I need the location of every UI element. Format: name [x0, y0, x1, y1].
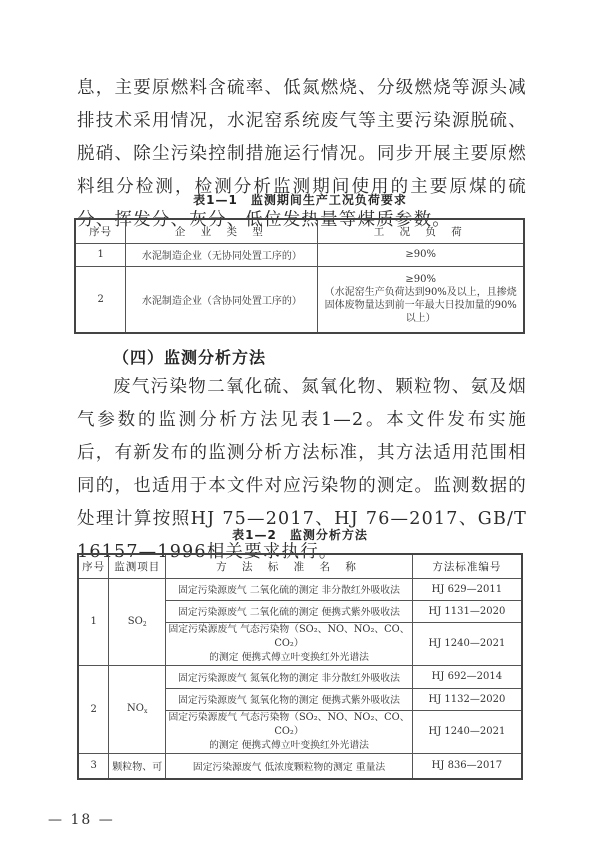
cell-method-name: 固定污染源废气 二氧化硫的测定 非分散红外吸收法	[166, 578, 413, 600]
cell-method-name: 固定污染源废气 低浓度颗粒物的测定 重量法	[166, 753, 413, 779]
header-load: 工 况 负 荷	[318, 219, 524, 243]
cell-no: 1	[78, 578, 109, 665]
cell-load: ≥90% （水泥窑生产负荷达到90%及以上，且掺烧固体废物量达到前一年最大日投加…	[318, 266, 524, 333]
header-no: 序号	[78, 554, 109, 578]
cell-type: 水泥制造企业（无协同处置工序的）	[126, 243, 318, 266]
cell-item: NOx	[109, 665, 166, 753]
header-method-code: 方法标准编号	[412, 554, 522, 578]
cell-method-name: 固定污染源废气 氮氧化物的测定 便携式紫外吸收法	[166, 688, 413, 710]
cell-no: 2	[75, 266, 126, 333]
cell-load: ≥90%	[318, 243, 524, 266]
cell-method-code: HJ 1131—2020	[412, 600, 522, 622]
table-header-row: 序号 企 业 类 型 工 况 负 荷	[75, 219, 524, 243]
table-1-1-load-requirements: 序号 企 业 类 型 工 况 负 荷 1 水泥制造企业（无协同处置工序的） ≥9…	[74, 218, 525, 334]
table-1-1-caption: 表1—1 监测期间生产工况负荷要求	[0, 191, 600, 208]
cell-method-code: HJ 629—2011	[412, 578, 522, 600]
cell-method-code: HJ 1240—2021	[412, 622, 522, 665]
cell-no: 2	[78, 665, 109, 753]
table-row: 1 水泥制造企业（无协同处置工序的） ≥90%	[75, 243, 524, 266]
page-number: — 18 —	[48, 812, 115, 828]
cell-method-name: 固定污染源废气 气态污染物（SO₂、NO、NO₂、CO、CO₂） 的测定 便携式…	[166, 622, 413, 665]
header-no: 序号	[75, 219, 126, 243]
cell-method-code: HJ 692—2014	[412, 665, 522, 688]
table-row: 3 颗粒物、可 固定污染源废气 低浓度颗粒物的测定 重量法 HJ 836—201…	[78, 753, 522, 779]
cell-method-code: HJ 836—2017	[412, 753, 522, 779]
header-enterprise-type: 企 业 类 型	[126, 219, 318, 243]
cell-type: 水泥制造企业（含协同处置工序的）	[126, 266, 318, 333]
header-item: 监测项目	[109, 554, 166, 578]
cell-no: 3	[78, 753, 109, 779]
table-1-2-analysis-methods: 序号 监测项目 方 法 标 准 名 称 方法标准编号 1 SO2 固定污染源废气…	[77, 553, 523, 780]
table-row: 2 水泥制造企业（含协同处置工序的） ≥90% （水泥窑生产负荷达到90%及以上…	[75, 266, 524, 333]
cell-item: SO2	[109, 578, 166, 665]
table-1-2-caption: 表1—2 监测分析方法	[0, 526, 600, 543]
load-note: （水泥窑生产负荷达到90%及以上，且掺烧固体废物量达到前一年最大日投加量的90%…	[322, 286, 519, 325]
table-row: 1 SO2 固定污染源废气 二氧化硫的测定 非分散红外吸收法 HJ 629—20…	[78, 578, 522, 600]
header-method-name: 方 法 标 准 名 称	[166, 554, 413, 578]
cell-method-name: 固定污染源废气 气态污染物（SO₂、NO、NO₂、CO、CO₂） 的测定 便携式…	[166, 710, 413, 753]
body-paragraph-continuation: 息，主要原燃料含硫率、低氮燃烧、分级燃烧等源头减排技术采用情况，水泥窑系统废气等…	[77, 72, 527, 237]
cell-method-code: HJ 1240—2021	[412, 710, 522, 753]
table-header-row: 序号 监测项目 方 法 标 准 名 称 方法标准编号	[78, 554, 522, 578]
table-row: 2 NOx 固定污染源废气 氮氧化物的测定 非分散红外吸收法 HJ 692—20…	[78, 665, 522, 688]
cell-method-code: HJ 1132—2020	[412, 688, 522, 710]
cell-item: 颗粒物、可	[109, 753, 166, 779]
cell-no: 1	[75, 243, 126, 266]
cell-method-name: 固定污染源废气 氮氧化物的测定 非分散红外吸收法	[166, 665, 413, 688]
cell-method-name: 固定污染源废气 二氧化硫的测定 便携式紫外吸收法	[166, 600, 413, 622]
load-value: ≥90%	[322, 273, 519, 286]
section-heading: （四）监测分析方法	[113, 345, 266, 368]
